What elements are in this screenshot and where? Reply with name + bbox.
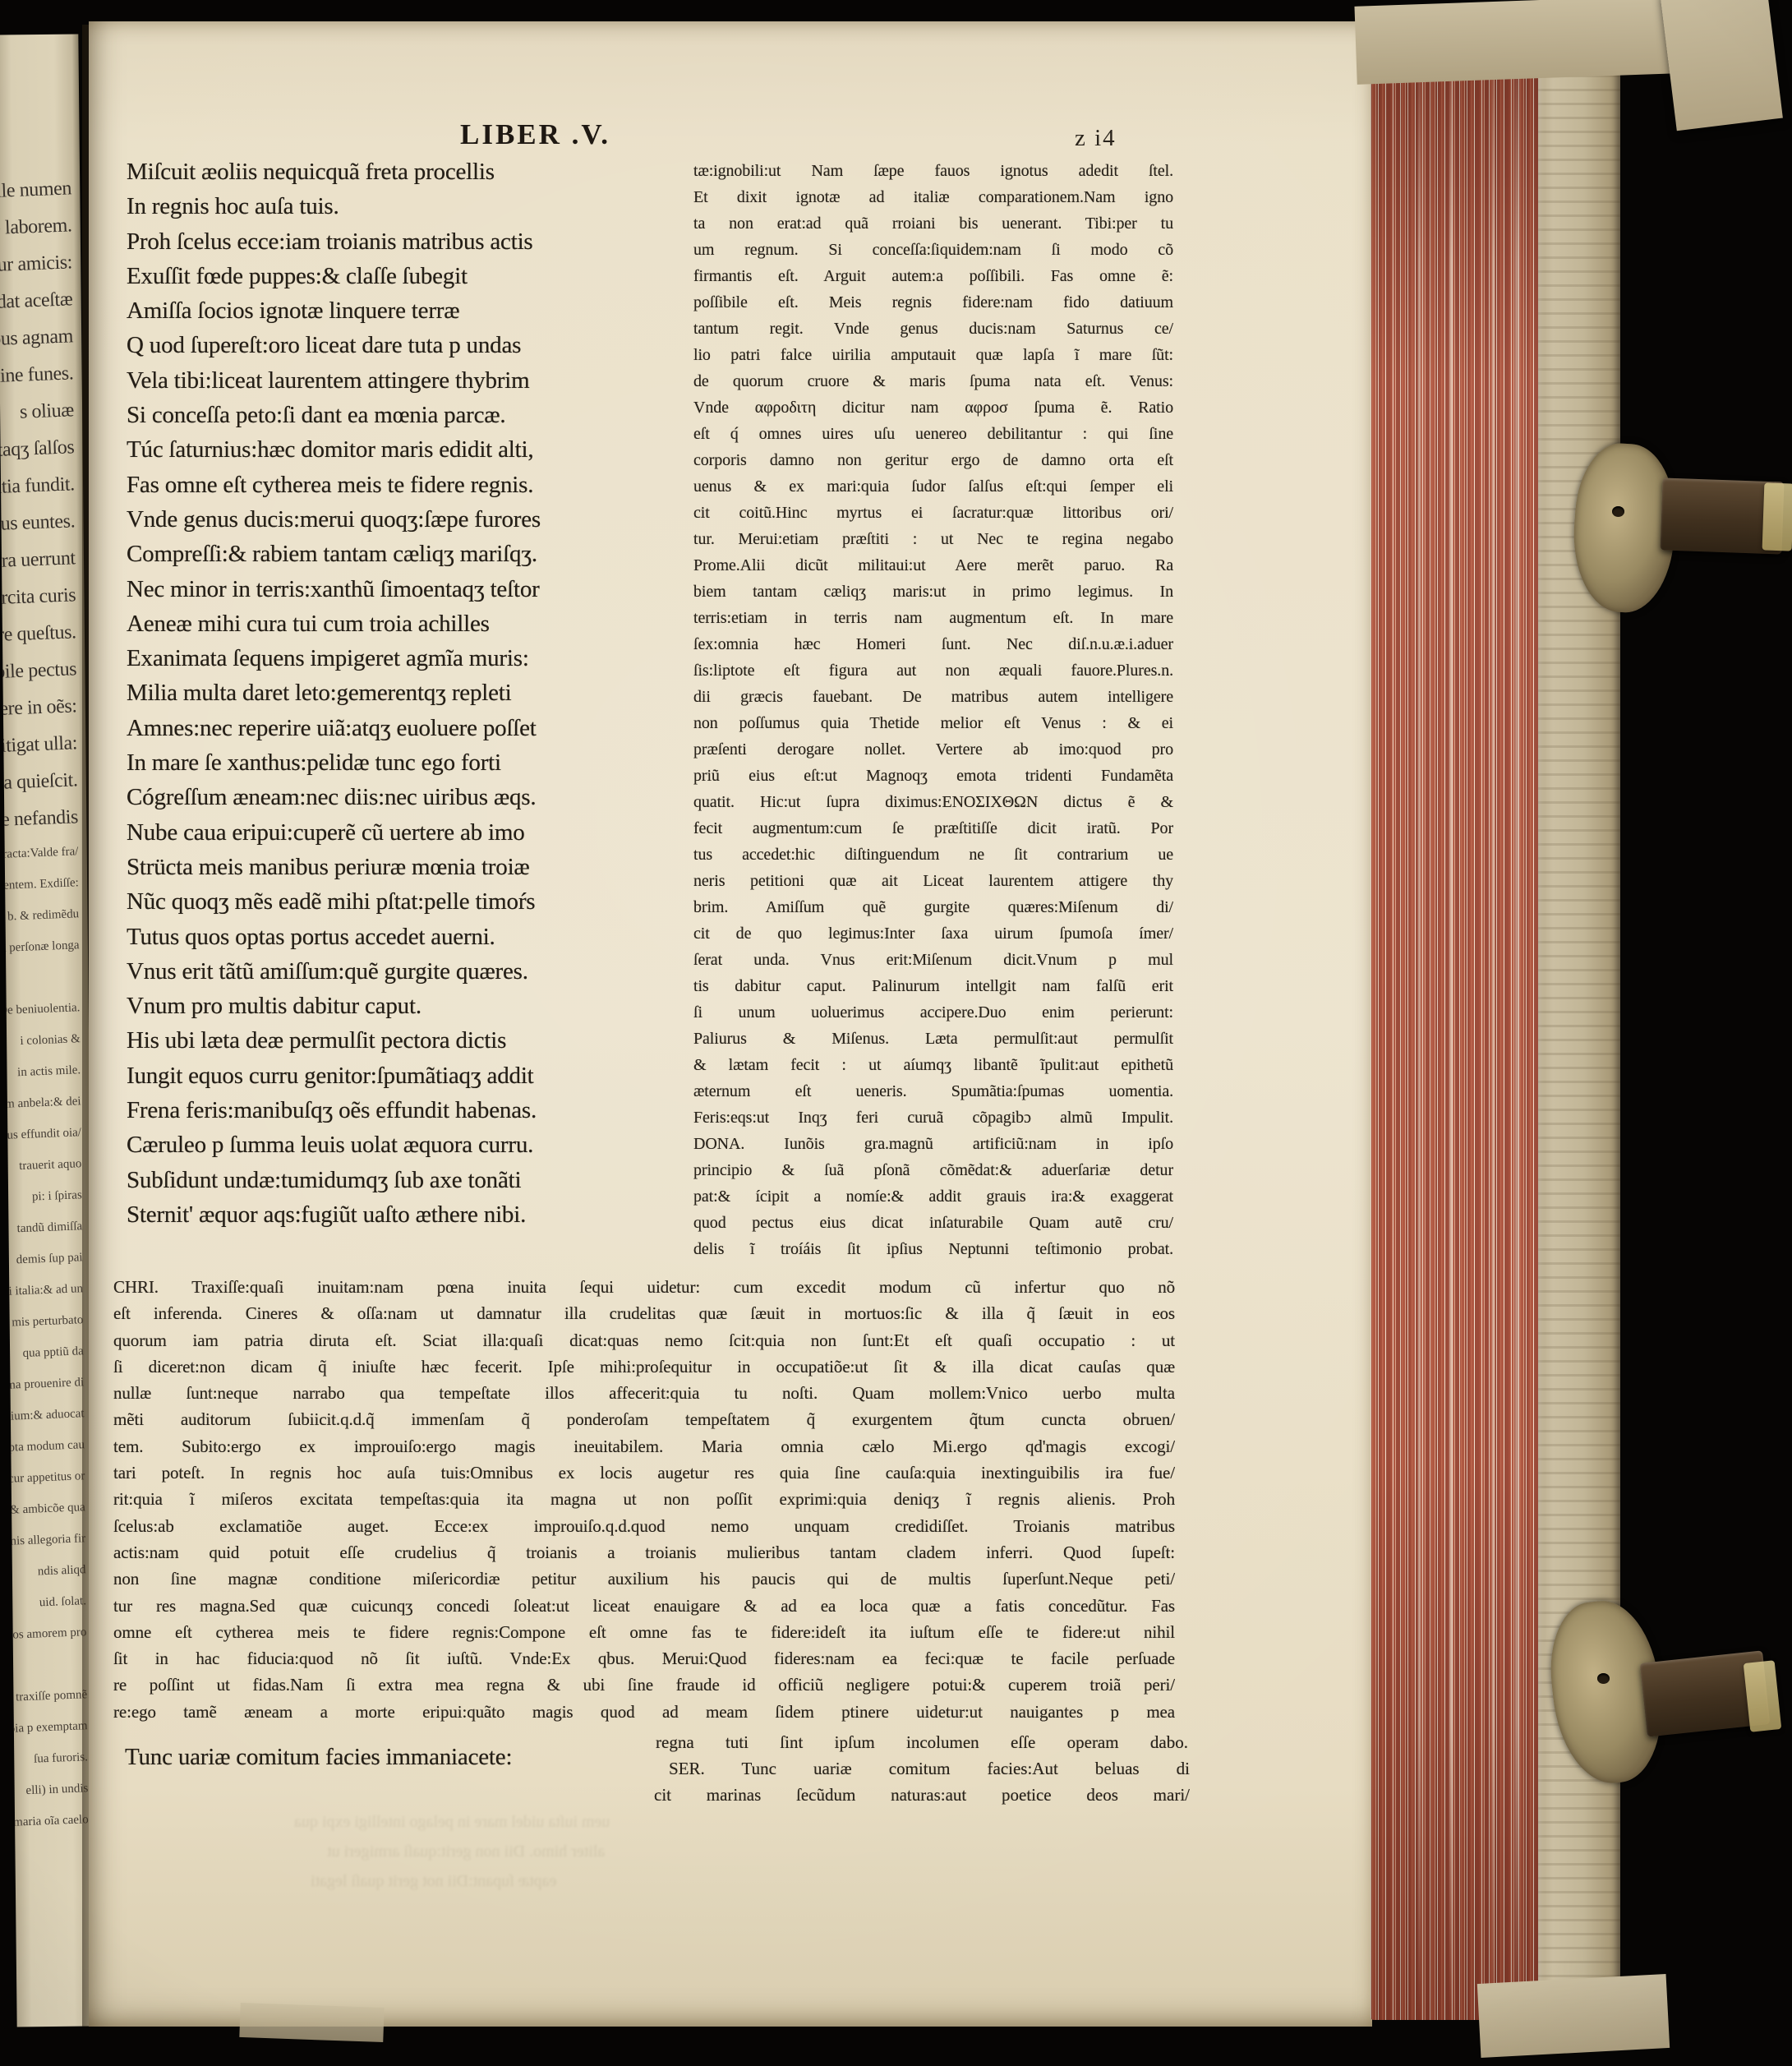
commentary-line: eſt inferenda. Cineres & oſſa:nam ut dam… — [113, 1303, 1175, 1330]
left-page-edge-fragments-commentary: infracta:Valde fra/tentem. Exdiſſe:b. & … — [0, 848, 89, 1849]
commentary-line: rit:quia ĩ miſeros excitata tempeſtas:qu… — [113, 1489, 1175, 1515]
verse-line: Fas omne eſt cytherea meis te fidere reg… — [127, 472, 669, 506]
verse-tail-line: Tunc uariæ comitum facies immaniacete: — [125, 1744, 700, 1778]
commentary-line: quatit. Hic:ut ſupra diximus:ΕΝΟΣΙΧΘΩΝ d… — [693, 793, 1173, 819]
photographed-book-page: bile numenferre laborem.ur amicis:mẽdat … — [0, 0, 1792, 2066]
commentary-line: tur res magna.Sed quæ cuicunqʒ concedi ſ… — [113, 1596, 1175, 1622]
commentary-line: non poſſumus quia Thetide melior eſt Ven… — [693, 714, 1173, 740]
commentary-line: biem tantam cæliqʒ maris:ut in primo leg… — [693, 583, 1173, 609]
commentary-line: fecit augmentum:cum ſe præſtitiſſe dicit… — [693, 819, 1173, 846]
ink-showthrough: eaptæ ſupant:Dii not gerit quaſi legati — [311, 1872, 556, 1891]
verse-line: Túc ſaturnius:hæc domitor maris edidit a… — [127, 436, 669, 471]
verse-line: Vela tibi:liceat laurentem attingere thy… — [127, 367, 669, 402]
verse-line: Si conceſſa peto:ſi dant ea mœnia parcæ. — [127, 402, 669, 436]
commentary-line: præſenti derogare nollet. Vertere ab imo… — [693, 740, 1173, 767]
commentary-line: Paliurus & Miſenus. Læta permulſit:aut p… — [693, 1030, 1173, 1056]
verse-column: Miſcuit æoliis nequicquã freta procellis… — [127, 159, 669, 1236]
commentary-line: tem. Subito:ergo ex improuiſo:ergo magis… — [113, 1437, 1175, 1463]
commentary-line: & lætam fecit : ut aíumqʒ libantẽ ĩpulit… — [693, 1056, 1173, 1082]
left-page-edge-fragments-verse: bile numenferre laborem.ur amicis:mẽdat … — [0, 181, 79, 848]
commentary-line: brim. Amiſſum quẽ gurgite quæres:Miſenum… — [693, 898, 1173, 925]
commentary-bottom-block: CHRI. Traxiſſe:quaſi inuitam:nam pœna in… — [113, 1277, 1175, 1728]
commentary-line: non ſine magnæ conditione miſericordiæ p… — [113, 1569, 1175, 1595]
commentary-line: re poſſint ut fidas.Nam ſi extra mea reg… — [113, 1675, 1175, 1701]
commentary-line: neris petitioni quæ ait Liceat laurentem… — [693, 872, 1173, 898]
verse-line: Cæruleo p ſumma leuis uolat æquora curru… — [127, 1132, 669, 1166]
commentary-line: tæ:ignobili:ut Nam ſæpe fauos ignotus ad… — [693, 162, 1173, 188]
verse-line: Cógreſſum æneam:nec diis:nec uiribus æqs… — [127, 784, 669, 819]
commentary-line: um regnum. Si conceſſa:ſiquidem:nam ſi m… — [693, 241, 1173, 267]
commentary-line: corporis damno non geritur ergo de damno… — [693, 451, 1173, 477]
verse-line: Vnde genus ducis:merui quoqʒ:ſæpe furore… — [127, 506, 669, 541]
commentary-line: nullæ ſunt:neque narrabo qua tempeſtate … — [113, 1383, 1175, 1409]
commentary-line: ſex:omnia hæc Homeri ſunt. Nec diſ.n.u.æ… — [693, 635, 1173, 662]
commentary-tail-ser: SER. Tunc uariæ comitum facies:Aut belua… — [669, 1759, 1190, 1785]
commentary-tail-indent: regna tuti ſint ipſum incolumen eſſe ope… — [656, 1732, 1188, 1759]
verse-line: In regnis hoc auſa tuis. — [127, 193, 669, 228]
commentary-line: uenus & ex mari:quia ſudor ſalſus eſt:qu… — [693, 477, 1173, 504]
verse-line: Frena feris:manibuſqʒ oẽs effundit haben… — [127, 1097, 669, 1132]
vellum-bottom-corner — [1477, 1974, 1670, 2058]
commentary-line: ſi unum uoluerimus accipere.Duo enim per… — [693, 1003, 1173, 1030]
verse-line: Iungit equos curru genitor:ſpumãtiaqʒ ad… — [127, 1063, 669, 1097]
binding-bottom-sliver — [239, 2003, 384, 2042]
commentary-line: mẽti auditorum ſubiicit.q.d.q̃ immenſam … — [113, 1409, 1175, 1436]
verse-line: Nũc quoqʒ mẽs eadẽ mihi pſtat:pelle timo… — [127, 888, 669, 923]
verse-line: Q uod ſupereſt:oro liceat dare tuta p un… — [127, 332, 669, 367]
verse-line: Amnes:nec reperire uiã:atqʒ euoluere poſ… — [127, 715, 669, 749]
commentary-line: eſt q́ omnes uires uſu uenereo debilitan… — [693, 425, 1173, 451]
ink-showthrough: aliter himo. Dii non gerit:quaſi armiger… — [327, 1842, 605, 1861]
commentary-line: actis:nam quid potuit eſſe crudelius q̃ … — [113, 1543, 1175, 1569]
commentary-line: Prome.Alii dicũt militaui:ut Aere merẽt … — [693, 556, 1173, 583]
commentary-line: Feris:eqs:ut Inqʒ feri curuã cõpagibɔ al… — [693, 1109, 1173, 1135]
commentary-line: delis ĩ troíáis ſit ipſius Neptunni teſt… — [693, 1240, 1173, 1266]
commentary-line: poſſibile eſt. Meis regnis fidere:nam fi… — [693, 293, 1173, 320]
commentary-line: dii græcis fauebant. De matribus autem i… — [693, 688, 1173, 714]
verse-line: Vnus erit tãtũ amiſſum:quẽ gurgite quære… — [127, 958, 669, 993]
edge-fragment: maria oĩa caelo — [0, 1813, 90, 1852]
commentary-line: quod pectus eius dicat inſaturabile Quam… — [693, 1214, 1173, 1240]
running-title: LIBER .V. — [460, 118, 610, 151]
commentary-line: re:ego tamẽ æneam a morte eripui:quãto m… — [113, 1702, 1175, 1728]
commentary-line: ſis:liptote eſt figura aut non æquali fa… — [693, 662, 1173, 688]
commentary-line: omne eſt cytherea meis te fidere regnis:… — [113, 1622, 1175, 1649]
commentary-line: CHRI. Traxiſſe:quaſi inuitam:nam pœna in… — [113, 1277, 1175, 1303]
verse-line: Vnum pro multis dabitur caput. — [127, 993, 669, 1027]
commentary-line: quorum iam patria diruta eſt. Sciat illa… — [113, 1330, 1175, 1357]
commentary-line: de quorum cruore & maris ſpuma nata eſt.… — [693, 372, 1173, 399]
verse-line: Nec minor in terris:xanthũ ſimoentaqʒ te… — [127, 576, 669, 611]
verse-line: Aeneæ mihi cura tui cum troia achilles — [127, 611, 669, 645]
commentary-line: tantum regit. Vnde genus ducis:nam Satur… — [693, 320, 1173, 346]
commentary-line: terris:etiam in terris nam augmentum eſt… — [693, 609, 1173, 635]
clasp-upper-horn-tip — [1762, 482, 1792, 551]
commentary-line: tari poteſt. In regnis hoc auſa tuis:Omn… — [113, 1463, 1175, 1489]
commentary-line: æternum eſt ueneris. Spumãtia:ſpumas uom… — [693, 1082, 1173, 1109]
edge-fragment: diſſe nefandis — [0, 806, 79, 851]
commentary-line: principio & ſuã pſonã cõmẽdat:& aduerſar… — [693, 1161, 1173, 1187]
commentary-line: ta non erat:ad quã rroiani bis uenerant.… — [693, 214, 1173, 241]
verse-line: Proh ſcelus ecce:iam troianis matribus a… — [127, 228, 669, 263]
verse-line: Nube caua eripui:cuperẽ cũ uertere ab im… — [127, 819, 669, 854]
commentary-line: DONA. Iunõis gra.magnũ artificiũ:nam in … — [693, 1135, 1173, 1161]
verse-line: Tutus quos optas portus accedet auerni. — [127, 924, 669, 958]
commentary-line: tus accedet:hic diſtinguendum ne ſit con… — [693, 846, 1173, 872]
verse-line: Tunc uariæ comitum facies immaniacete: — [125, 1744, 700, 1778]
red-fore-edge — [1370, 23, 1541, 2020]
verse-line: Miſcuit æoliis nequicquã freta procellis — [127, 159, 669, 193]
commentary-line: tur. Merui:etiam præſtiti : ut Nec te re… — [693, 530, 1173, 556]
verse-line: Compreſſi:& rabiem tantam cæliqʒ mariſqʒ… — [127, 541, 669, 575]
verse-line: Exanimata ſequens impigeret agmĩa muris: — [127, 645, 669, 680]
commentary-tail-last: cit marinas ſecũdum naturas:aut poetice … — [654, 1785, 1190, 1811]
commentary-line: cit de quo legimus:Inter ſaxa uirum ſpum… — [693, 925, 1173, 951]
clasp-lower-horn-tip — [1744, 1660, 1782, 1732]
vellum-top-strap-remnant — [1660, 0, 1783, 131]
commentary-line: Vnde αφροδιτη dicitur nam αφροσ ſpuma ẽ.… — [693, 399, 1173, 425]
commentary-line: firmantis eſt. Arguit autem:a poſſibili.… — [693, 267, 1173, 293]
verse-line: Sternit' æquor aqs:fugiũt uaſto æthere n… — [127, 1201, 669, 1236]
verse-line: His ubi læta deæ permulſit pectora dicti… — [127, 1027, 669, 1062]
book-page: LIBER .V. z i4 Miſcuit æoliis nequicquã … — [89, 21, 1372, 2027]
commentary-line: tis dabitur caput. Palinurum intellgit n… — [693, 977, 1173, 1003]
commentary-line: Et dixit ignotæ ad italiæ comparationem.… — [693, 188, 1173, 214]
commentary-line: pat:& ícipit a nomíe:& addit grauis ira:… — [693, 1187, 1173, 1214]
clasp-upper-hole — [1612, 506, 1624, 517]
verse-line: In mare ſe xanthus:pelidæ tunc ego forti — [127, 749, 669, 784]
commentary-line: priũ eius eſt:ut Magnoqʒ emota tridenti … — [693, 767, 1173, 793]
clasp-lower-hole — [1597, 1673, 1610, 1684]
verse-line: Strücta meis manibus periuræ mœnia troiæ — [127, 854, 669, 888]
verse-line: Milia multa daret leto:gemerentqʒ replet… — [127, 680, 669, 714]
commentary-line: ſi diceret:non dicam q̃ iniuſte hæc fece… — [113, 1357, 1175, 1383]
verse-line: Exuſſit fœde puppes:& claſſe ſubegit — [127, 263, 669, 297]
commentary-line: cit coitũ.Hinc myrtus ei ſacratur:quæ li… — [693, 504, 1173, 530]
commentary-line: lio patri falce uirilia amputauit quæ la… — [693, 346, 1173, 372]
commentary-line: ſcelus:ab exclamatiõe auget. Ecce:ex imp… — [113, 1516, 1175, 1543]
verse-line: Amiſſa ſocios ignotæ linquere terræ — [127, 297, 669, 332]
verse-line: Subſidunt undæ:tumidumqʒ ſub axe tonãti — [127, 1167, 669, 1201]
quire-signature: z i4 — [1075, 125, 1117, 152]
commentary-line: ſit in hac fiducia:quod nõ ſit iuſtũ. Vn… — [113, 1649, 1175, 1675]
commentary-right-column: tæ:ignobili:ut Nam ſæpe fauos ignotus ad… — [693, 162, 1173, 1266]
ink-showthrough: uem iuſta uidel mare in pelago intelligi… — [294, 1813, 610, 1832]
commentary-line: ſerat unda. Vnus erit:Miſenum dicit.Vnum… — [693, 951, 1173, 977]
